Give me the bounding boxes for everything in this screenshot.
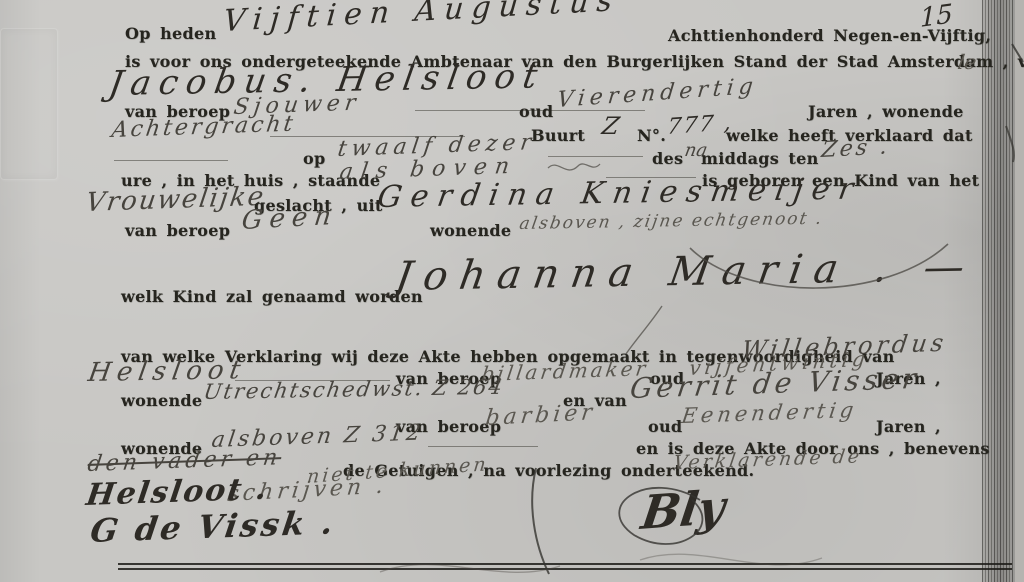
label-op-heden: Op heden (125, 24, 216, 43)
hw-witness1-address: Utrechtschedwst. Z 264 (202, 375, 506, 404)
label-buurt: Buurt (531, 126, 585, 145)
label-oud-4: oud (648, 417, 682, 436)
hw-mother-occupation: Geen (240, 201, 340, 236)
label-van-beroep-2: van beroep (125, 221, 230, 240)
hw-witness1-occupation: billardmaker (480, 356, 650, 386)
label-wonende-2: wonende (430, 221, 511, 240)
hw-witness2-occupation: barbier (484, 400, 597, 431)
label-no: N°. (637, 126, 666, 145)
hw-buurt-letter: Z (600, 112, 622, 140)
label-jaren-wonende: Jaren , wonende (808, 102, 964, 121)
signature-registrar: Bly (638, 480, 729, 540)
birth-certificate-scan: Op heden Vijftien Augustus Achttienhonde… (0, 0, 1024, 582)
signature-witness: G de Vissk . (88, 503, 338, 550)
label-middags-ten: middags ten (701, 149, 819, 168)
hw-witness2-age: Eenendertig (680, 398, 859, 428)
fill-line (428, 446, 538, 447)
book-binding-gutter (982, 0, 1015, 582)
label-genaamd: welk Kind zal genaamd worden (121, 287, 423, 306)
label-wonende-3: wonende (121, 391, 202, 410)
label-oud-1: oud (519, 102, 553, 121)
hw-house-number: 777 , (666, 110, 734, 140)
bottom-rule (118, 568, 1012, 570)
hw-declarant-address: Achtergracht (110, 111, 297, 143)
bottom-rule (118, 563, 1012, 565)
hw-birth-hour: Zes . (820, 134, 892, 163)
hw-child-name: Johanna Maria . — (392, 244, 980, 300)
label-des: des (652, 149, 683, 168)
embossed-stamp (0, 28, 58, 180)
hw-date: Vijftien Augustus (222, 0, 622, 39)
fill-line (548, 156, 643, 157)
fill-line (114, 160, 228, 161)
next-page-edge (1015, 0, 1024, 582)
label-jaren-4: Jaren , (876, 417, 941, 436)
hw-folio-number: 15 (920, 0, 953, 34)
hw-gender: Vrouwelijke (84, 182, 267, 218)
label-op: op (303, 149, 325, 168)
hw-declarant-age: Vierendertig (556, 74, 759, 113)
hw-mother-address: alsboven , zijne echtgenoot . (518, 209, 825, 234)
